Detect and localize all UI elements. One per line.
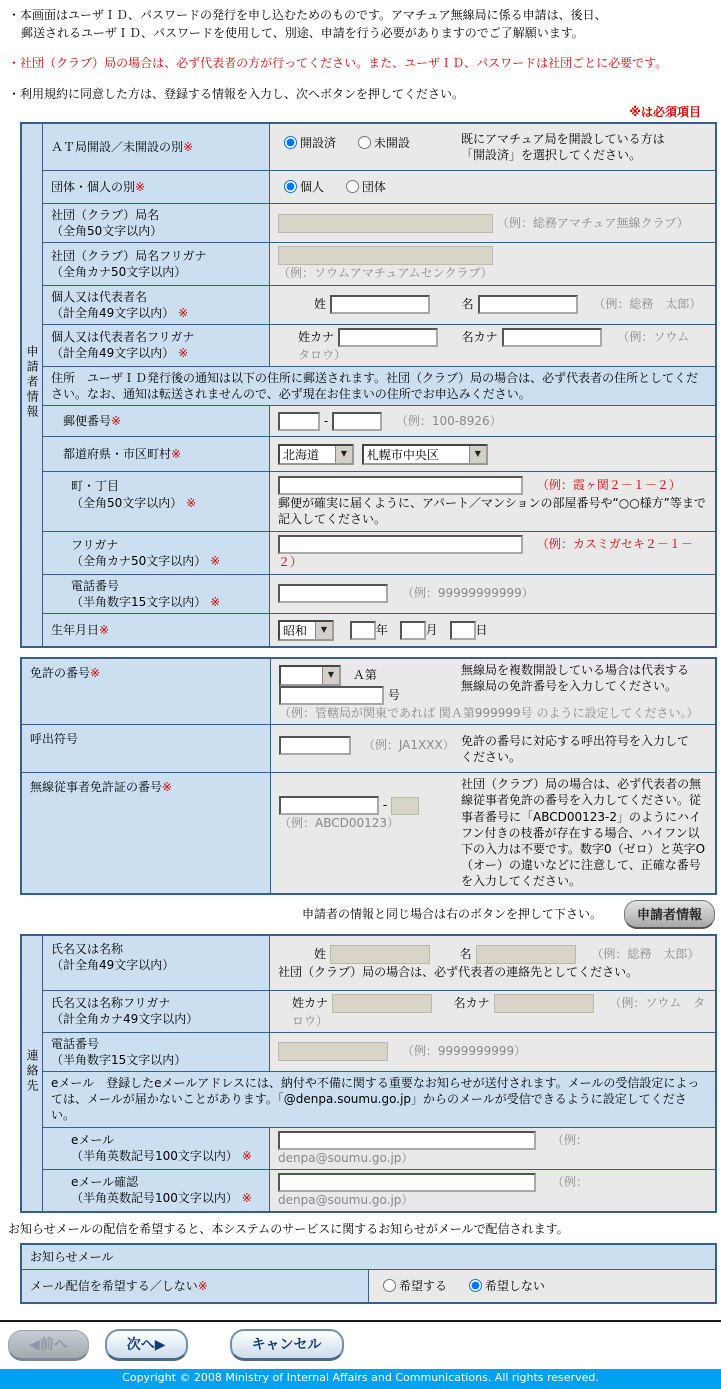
radio-mail-no[interactable]: 希望しない — [469, 1279, 545, 1293]
name-example: （例：総務 太郎） — [593, 297, 701, 311]
dropdown-arrow-icon: ▼ — [315, 622, 332, 639]
copy-applicant-button[interactable]: 申請者情報 — [624, 900, 715, 929]
last-name-input[interactable] — [330, 295, 430, 314]
intro-line-2: 郵送されるユーザＩＤ、パスワードを使用して、別途、申請を行う必要がありますのでご… — [8, 25, 715, 41]
notification-mail-note: お知らせメールの配信を希望すると、本システムのサービスに関するお知らせがメールで… — [8, 1221, 721, 1237]
license-number-note: 無線局を複数開設している場合は代表する 無線局の免許番号を入力してください。 — [461, 662, 709, 694]
contact-phone-example: （例：9999999999） — [402, 1044, 526, 1058]
address-note: 住所 ユーザＩＤ発行後の通知は以下の住所に郵送されます。社団（クラブ）局の場合は… — [43, 367, 717, 406]
postal-code-input-2[interactable] — [332, 412, 382, 431]
row-postal-code: 郵便番号※ - （例：100-8926） — [21, 406, 716, 437]
last-name-kana-input[interactable] — [338, 328, 438, 347]
operator-license-label: 無線従事者免許証の番号 — [30, 780, 162, 794]
license-number-input[interactable] — [279, 686, 384, 705]
intro-text: ・本画面はユーザＩＤ、パスワードの発行を申し込むためのものです。アマチュア無線局… — [8, 7, 715, 102]
contact-name-example: （例：総務 太郎） — [591, 947, 699, 961]
row-phone: 電話番号 （半角数字15文字以内） ※ （例：99999999999） — [21, 574, 716, 613]
club-name-kana-label: 社団（クラブ）局名フリガナ — [51, 248, 265, 264]
row-address-note: 住所 ユーザＩＤ発行後の通知は以下の住所に郵送されます。社団（クラブ）局の場合は… — [21, 367, 716, 406]
first-name-input[interactable] — [478, 295, 578, 314]
row-birthdate: 生年月日※ 昭和 ▼ 年 月 日 — [21, 614, 716, 648]
radio-opened-input[interactable] — [284, 136, 297, 149]
city-select[interactable]: 札幌市中央区 ▼ — [362, 444, 488, 465]
intro-club-warning: ・社団（クラブ）局の場合は、必ず代表者の方が行ってください。また、ユーザＩＤ、パ… — [8, 55, 715, 71]
email-input[interactable] — [278, 1131, 536, 1150]
contact-last-name-input — [330, 945, 430, 964]
row-club-name-kana: 社団（クラブ）局名フリガナ （全角カナ50文字以内） （例：ソウムアマチュアムセ… — [21, 243, 716, 285]
email-confirm-label: eメール確認 — [51, 1174, 265, 1190]
next-button[interactable]: 次へ▶ — [105, 1329, 188, 1361]
contact-table: 連絡先 氏名又は名称 （計全角49文字以内） 姓 名 （例：総務 太郎） 社団（… — [20, 934, 717, 1214]
row-email-confirm: eメール確認 （半角英数記号100文字以内） ※ （例：denpa@soumu.… — [21, 1169, 716, 1212]
row-mail-preference: メール配信を希望する／しない※ 希望する 希望しない — [21, 1270, 716, 1304]
required-legend: ※は必須項目 — [0, 104, 701, 120]
street-kana-label: フリガナ — [51, 537, 265, 553]
license-number-example: （例：管轄局が関東であれば 関Ａ第999999号 のように設定してください。） — [279, 705, 709, 721]
intro-line-1: ・本画面はユーザＩＤ、パスワードの発行を申し込むためのものです。アマチュア無線局… — [8, 7, 715, 23]
row-representative-name-kana: 個人又は代表者名フリガナ （計全角49文字以内） ※ 姓カナ 名カナ （例：ソウ… — [21, 324, 716, 366]
radio-individual[interactable]: 個人 — [284, 180, 324, 194]
club-name-kana-input — [278, 246, 493, 265]
postal-code-label: 郵便番号 — [63, 414, 111, 428]
radio-opened[interactable]: 開設済 — [284, 136, 336, 150]
club-name-example: （例：総務アマチュア無線クラブ） — [497, 216, 689, 230]
contact-first-name-input — [476, 945, 576, 964]
applicant-table: 申請者情報 ＡＴ局開設／未開設の別※ 開設済 未開設 既にアマチュア局を開設して… — [20, 122, 717, 648]
street-kana-input[interactable] — [278, 535, 523, 554]
row-prefecture-city: 都道府県・市区町村※ 北海道 ▼ 札幌市中央区 ▼ — [21, 437, 716, 472]
street-example: （例：霞ヶ関２－１－２） — [537, 478, 681, 492]
club-name-kana-example: （例：ソウムアマチュアムセンクラブ） — [278, 266, 493, 280]
applicant-strip: 申請者情報 — [21, 123, 43, 647]
prev-button: ◀前へ — [8, 1330, 89, 1361]
birthdate-label: 生年月日 — [51, 623, 99, 637]
license-table: 免許の番号※ ▼ Ａ第 号 無線局を複数開設している場合は代表する 無線局の免許… — [20, 657, 717, 895]
row-street-kana: フリガナ （全角カナ50文字以内） ※ （例：カスミガセキ２－１－２） — [21, 532, 716, 574]
radio-not-opened[interactable]: 未開設 — [358, 136, 410, 150]
row-contact-phone: 電話番号 （半角数字15文字以内） （例：9999999999） — [21, 1032, 716, 1071]
call-sign-example: （例：JA1XXX） — [363, 738, 455, 752]
radio-mail-yes[interactable]: 希望する — [383, 1279, 447, 1293]
contact-phone-input — [278, 1042, 388, 1061]
phone-input[interactable] — [278, 584, 388, 603]
operator-license-input[interactable] — [279, 796, 379, 815]
contact-strip: 連絡先 — [21, 935, 43, 1213]
prefecture-select[interactable]: 北海道 ▼ — [278, 444, 354, 465]
row-operator-license: 無線従事者免許証の番号※ - （例：ABCD00123） 社団（クラブ）局の場合… — [21, 773, 716, 894]
radio-not-opened-input[interactable] — [358, 136, 371, 149]
contact-name-kana-label: 氏名又は名称フリガナ — [51, 995, 265, 1011]
email-note: eメール 登録したeメールアドレスには、納付や不備に関する重要なお知らせが送付さ… — [43, 1072, 717, 1128]
contact-name-label: 氏名又は名称 — [51, 941, 265, 957]
copyright-bar: Copyright © 2008 Ministry of Internal Af… — [0, 1369, 721, 1389]
operator-license-example: （例：ABCD00123） — [279, 815, 461, 831]
row-call-sign: 呼出符号 （例：JA1XXX） 免許の番号に対応する呼出符号を入力して ください… — [21, 725, 716, 773]
mail-preference-label: メール配信を希望する／しない — [30, 1279, 198, 1293]
contact-name-note: 社団（クラブ）局の場合は、必ず代表者の連絡先としてください。 — [278, 964, 709, 980]
email-confirm-input[interactable] — [278, 1173, 536, 1192]
row-entity-type: 団体・個人の別※ 個人 団体 — [21, 170, 716, 203]
street-label: 町・丁目 — [51, 478, 265, 494]
street-note: 郵便が確実に届くように、アパート／マンションの部屋番号や“○○様方”等まで記入し… — [278, 495, 709, 527]
dropdown-arrow-icon: ▼ — [469, 446, 486, 463]
row-at-station: 申請者情報 ＡＴ局開設／未開設の別※ 開設済 未開設 既にアマチュア局を開設して… — [21, 123, 716, 171]
club-name-label: 社団（クラブ）局名 — [51, 207, 265, 223]
birth-day-input[interactable] — [450, 621, 476, 640]
at-station-note: 既にアマチュア局を開設している方は 「開設済」を選択してください。 — [461, 131, 709, 163]
call-sign-note: 免許の番号に対応する呼出符号を入力して ください。 — [461, 733, 709, 765]
birth-year-input[interactable] — [350, 621, 376, 640]
call-sign-input[interactable] — [279, 736, 351, 755]
phone-label: 電話番号 — [51, 578, 265, 594]
street-input[interactable] — [278, 476, 523, 495]
row-representative-name: 個人又は代表者名 （計全角49文字以内） ※ 姓 名 （例：総務 太郎） — [21, 285, 716, 324]
radio-mail-yes-input[interactable] — [383, 1279, 396, 1292]
contact-last-name-kana-input — [332, 994, 432, 1013]
row-notification-header: お知らせメール — [21, 1244, 716, 1270]
entity-type-label: 団体・個人の別 — [51, 180, 135, 194]
at-station-label: ＡＴ局開設／未開設の別 — [51, 140, 183, 154]
postal-code-example: （例：100-8926） — [396, 414, 502, 428]
call-sign-label: 呼出符号 — [30, 732, 78, 746]
era-select[interactable]: 昭和 ▼ — [278, 620, 334, 641]
dropdown-arrow-icon: ▼ — [335, 446, 352, 463]
representative-name-label: 個人又は代表者名 — [51, 289, 265, 305]
license-prefix-select[interactable]: ▼ — [279, 665, 341, 686]
row-street: 町・丁目 （全角50文字以内） ※ （例：霞ヶ関２－１－２） 郵便が確実に届くよ… — [21, 472, 716, 532]
email-label: eメール — [51, 1132, 265, 1148]
representative-name-kana-label: 個人又は代表者名フリガナ — [51, 329, 265, 345]
contact-phone-label: 電話番号 — [51, 1036, 265, 1052]
intro-agree-note: ・利用規約に同意した方は、登録する情報を入力し、次へボタンを押してください。 — [8, 86, 715, 102]
cancel-button[interactable]: キャンセル — [230, 1329, 344, 1361]
radio-individual-input[interactable] — [284, 180, 297, 193]
phone-example: （例：99999999999） — [402, 586, 534, 600]
copy-applicant-note: 申請者の情報と同じ場合は右のボタンを押して下さい。 — [302, 906, 602, 922]
radio-group[interactable]: 団体 — [346, 180, 386, 194]
postal-code-input-1[interactable] — [278, 412, 320, 431]
radio-mail-no-input[interactable] — [469, 1279, 482, 1292]
first-name-kana-input[interactable] — [502, 328, 602, 347]
row-email-note: eメール 登録したeメールアドレスには、納付や不備に関する重要なお知らせが送付さ… — [21, 1072, 716, 1128]
birth-month-input[interactable] — [400, 621, 426, 640]
operator-license-note: 社団（クラブ）局の場合は、必ず代表者の無線従事者免許の番号を入力してください。従… — [461, 776, 709, 889]
contact-first-name-kana-input — [494, 994, 594, 1013]
prefecture-city-label: 都道府県・市区町村 — [63, 447, 171, 461]
license-number-label: 免許の番号 — [30, 666, 90, 680]
row-email: eメール （半角英数記号100文字以内） ※ （例：denpa@soumu.go… — [21, 1127, 716, 1169]
row-contact-name: 連絡先 氏名又は名称 （計全角49文字以内） 姓 名 （例：総務 太郎） 社団（… — [21, 935, 716, 991]
radio-group-input[interactable] — [346, 180, 359, 193]
row-license-number: 免許の番号※ ▼ Ａ第 号 無線局を複数開設している場合は代表する 無線局の免許… — [21, 658, 716, 725]
notification-header: お知らせメール — [21, 1244, 716, 1270]
row-contact-name-kana: 氏名又は名称フリガナ （計全角カナ49文字以内） 姓カナ 名カナ （例：ソウム … — [21, 990, 716, 1032]
notification-table: お知らせメール メール配信を希望する／しない※ 希望する 希望しない — [20, 1243, 717, 1304]
dropdown-arrow-icon: ▼ — [322, 667, 339, 684]
club-name-input — [278, 214, 493, 233]
operator-license-branch-box — [391, 797, 419, 815]
row-club-name: 社団（クラブ）局名 （全角50文字以内） （例：総務アマチュア無線クラブ） — [21, 203, 716, 242]
